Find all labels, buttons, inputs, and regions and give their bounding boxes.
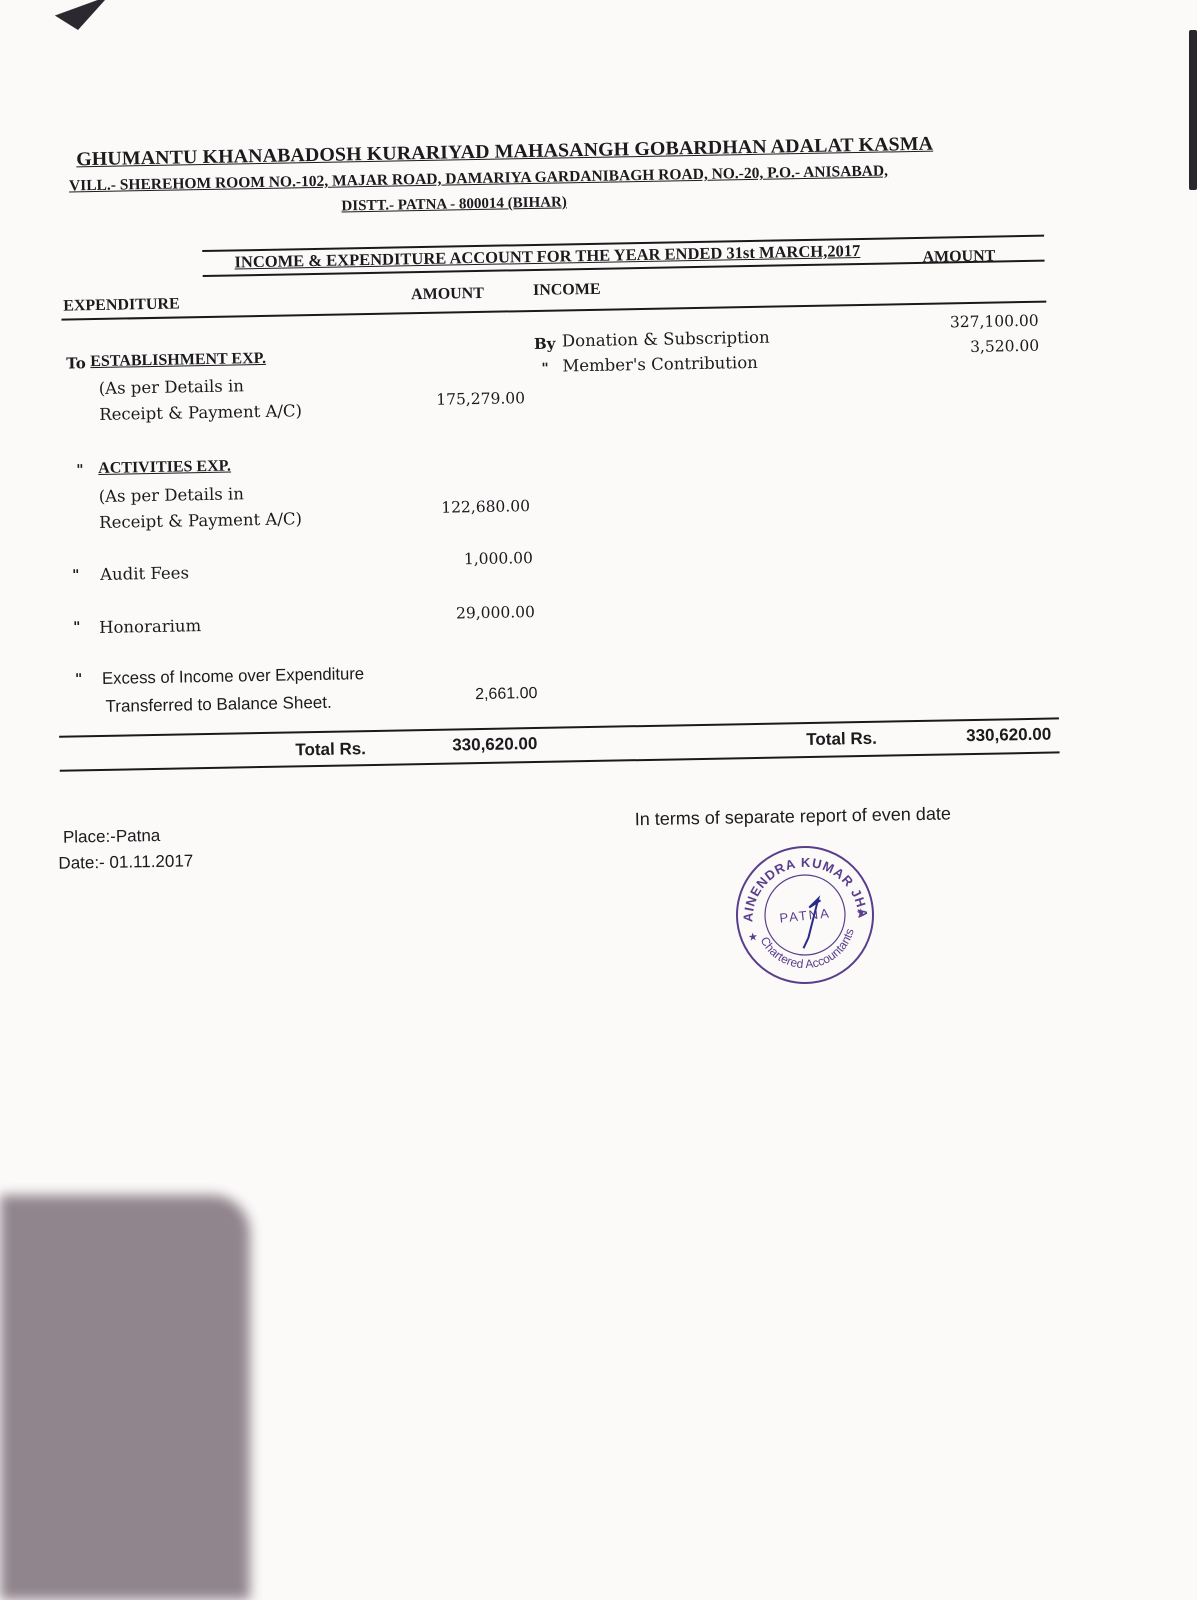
finger-shadow (0, 1195, 250, 1600)
item-prefix: " (76, 462, 84, 478)
item-detail: (As per Details in (99, 376, 244, 398)
item-amount: 29,000.00 (385, 603, 535, 624)
item-detail: Transferred to Balance Sheet. (105, 693, 332, 717)
item-amount: 1,000.00 (383, 549, 533, 570)
item-detail: (As per Details in (99, 484, 244, 506)
item-label: Honorarium (99, 616, 201, 637)
item-label: Excess of Income over Expenditure (102, 664, 364, 689)
item-prefix: " (75, 671, 83, 687)
header-amount-right: AMOUNT (922, 248, 995, 267)
place: Place:-Patna (63, 826, 161, 848)
item-label: ESTABLISHMENT EXP. (90, 350, 266, 371)
item-label: Member's Contribution (562, 353, 758, 376)
item-prefix: " (72, 567, 80, 583)
item-detail: Receipt & Payment A/C) (99, 401, 302, 424)
photo-corner-shadow (0, 0, 105, 35)
totals-rule-bottom (60, 751, 1060, 771)
item-detail: Receipt & Payment A/C) (99, 509, 302, 532)
item-amount: 122,680.00 (380, 497, 530, 518)
item-label: ACTIVITIES EXP. (98, 458, 231, 478)
photo-edge (1189, 30, 1197, 190)
item-label: Donation & Subscription (562, 328, 770, 351)
svg-text:PATNA: PATNA (779, 905, 832, 925)
income-item: By Donation & Subscription 327,100.00 (40, 111, 1070, 130)
chartered-accountant-stamp: JAINENDRA KUMAR JHA Chartered Accountant… (723, 833, 888, 998)
item-amount: 2,661.00 (387, 685, 537, 706)
financial-statement: GHUMANTU KHANABADOSH KURARIYAD MAHASANGH… (40, 111, 1070, 130)
item-prefix: To (66, 354, 86, 372)
item-amount: 327,100.00 (889, 312, 1039, 333)
expenditure-item: " Excess of Income over Expenditure Tran… (40, 111, 1070, 130)
income-item: " Member's Contribution 3,520.00 (40, 111, 1070, 130)
svg-text:★: ★ (747, 930, 758, 944)
date: Date:- 01.11.2017 (58, 851, 193, 873)
expenditure-item: " Honorarium 29,000.00 (40, 111, 1070, 130)
expenditure-item: " ACTIVITIES EXP. (As per Details in Rec… (40, 111, 1070, 130)
item-prefix: By (534, 335, 556, 353)
item-prefix: " (541, 361, 549, 377)
svg-text:★: ★ (855, 906, 866, 920)
report-note: In terms of separate report of even date (635, 803, 952, 830)
header-income: INCOME (533, 281, 601, 300)
item-label: Audit Fees (100, 563, 189, 584)
total-amount-left: 330,620.00 (387, 734, 537, 757)
item-prefix: " (73, 619, 81, 635)
total-label-right: Total Rs. (806, 729, 877, 750)
item-amount: 175,279.00 (375, 389, 525, 410)
item-amount: 3,520.00 (889, 337, 1039, 358)
expenditure-item: To ESTABLISHMENT EXP. (As per Details in… (40, 111, 1070, 130)
header-expenditure: EXPENDITURE (63, 295, 180, 315)
total-amount-right: 330,620.00 (901, 725, 1051, 748)
header-amount-left: AMOUNT (411, 285, 484, 304)
total-label-left: Total Rs. (295, 739, 366, 760)
expenditure-item: " Audit Fees 1,000.00 (40, 111, 1070, 130)
organization-address-line2: DISTT.- PATNA - 800014 (BIHAR) (341, 191, 741, 215)
